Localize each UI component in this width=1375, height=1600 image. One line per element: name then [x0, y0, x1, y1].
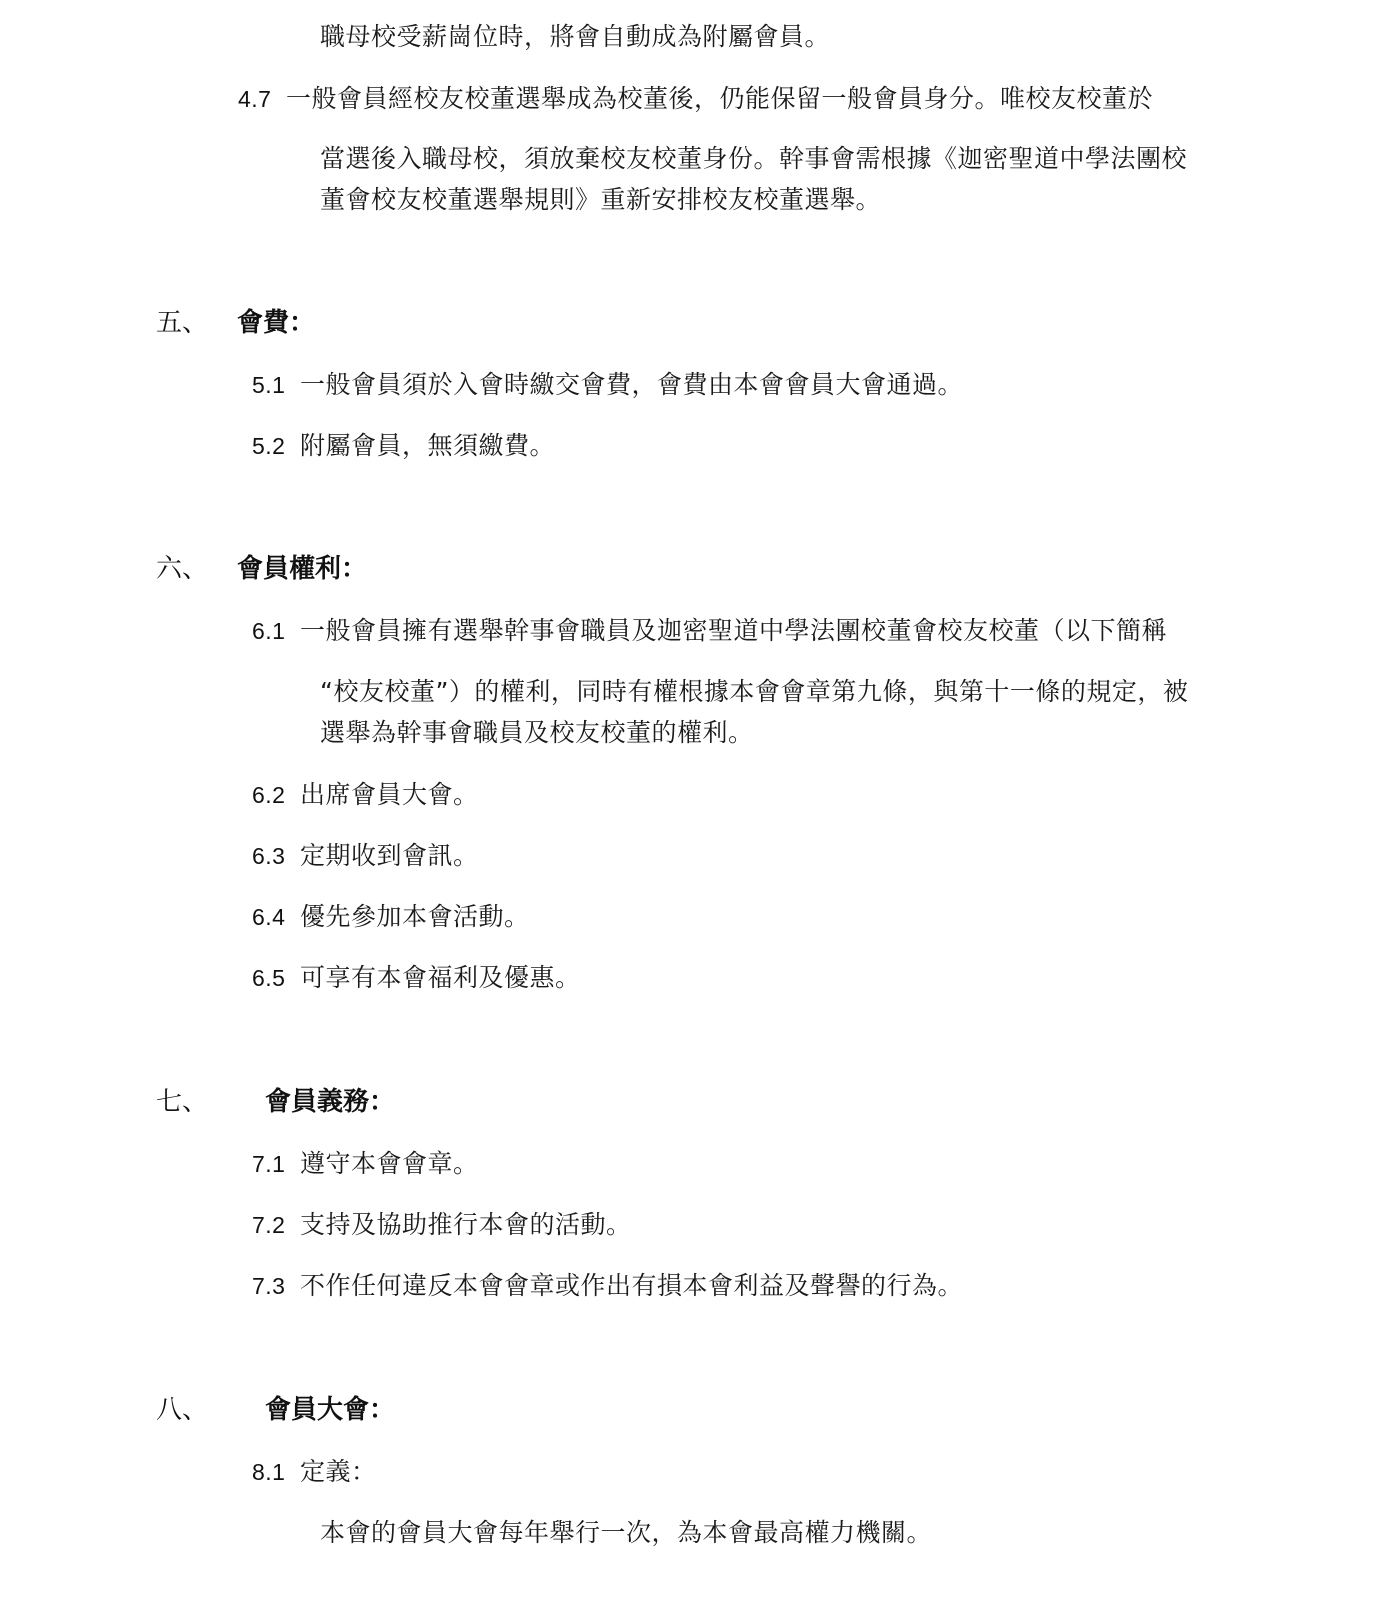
clause-text: 當選後入職母校，須放棄校友校董身份。幹事會需根據《迦密聖道中學法團校 — [320, 144, 1187, 173]
clause-6-1-line2: “校友校董”）的權利，同時有權根據本會會章第九條，與第十一條的規定，被 — [320, 675, 1188, 709]
clause-number: 5.1 — [252, 372, 285, 398]
clause-text: 一般會員經校友校董選舉成為校董後，仍能保留一般會員身分。唯校友校董於 — [286, 84, 1153, 113]
clause-8-1: 8.1 定義： — [252, 1455, 376, 1489]
clause-text: 定義： — [300, 1457, 377, 1486]
section-number: 八、 — [156, 1393, 208, 1427]
clause-text: 附屬會員，無須繳費。 — [300, 431, 555, 460]
clause-text: 支持及協助推行本會的活動。 — [300, 1210, 632, 1239]
clause-5-1: 5.1 一般會員須於入會時繳交會費，會費由本會會員大會通過。 — [252, 368, 963, 402]
clause-number: 6.4 — [252, 904, 285, 930]
clause-text: 一般會員擁有選舉幹事會職員及迦密聖道中學法團校董會校友校董（以下簡稱 — [300, 616, 1167, 645]
clause-number: 7.3 — [252, 1273, 285, 1299]
clause-text: 可享有本會福利及優惠。 — [300, 963, 581, 992]
clause-text: 一般會員須於入會時繳交會費，會費由本會會員大會通過。 — [300, 370, 963, 399]
clause-text: 選舉為幹事會職員及校友校董的權利。 — [320, 718, 754, 747]
section-title: 會費： — [237, 306, 315, 340]
paragraph-continuation: 職母校受薪崗位時，將會自動成為附屬會員。 — [320, 20, 830, 54]
clause-6-2: 6.2 出席會員大會。 — [252, 778, 478, 812]
clause-8-1-body: 本會的會員大會每年舉行一次，為本會最高權力機關。 — [320, 1516, 932, 1550]
clause-text: 遵守本會會章。 — [300, 1149, 479, 1178]
clause-text: 董會校友校董選舉規則》重新安排校友校董選舉。 — [320, 185, 881, 214]
clause-4-7-line2: 當選後入職母校，須放棄校友校董身份。幹事會需根據《迦密聖道中學法團校 — [320, 142, 1187, 176]
clause-6-3: 6.3 定期收到會訊。 — [252, 839, 478, 873]
section-number: 六、 — [156, 552, 208, 586]
clause-number: 6.1 — [252, 618, 285, 644]
clause-6-4: 6.4 優先參加本會活動。 — [252, 900, 529, 934]
clause-4-7-line1: 4.7 一般會員經校友校董選舉成為校董後，仍能保留一般會員身分。唯校友校董於 — [238, 82, 1153, 116]
clause-7-2: 7.2 支持及協助推行本會的活動。 — [252, 1208, 631, 1242]
clause-number: 8.1 — [252, 1459, 285, 1485]
clause-6-1-line1: 6.1 一般會員擁有選舉幹事會職員及迦密聖道中學法團校董會校友校董（以下簡稱 — [252, 614, 1167, 648]
section-title: 會員權利： — [237, 552, 367, 586]
clause-7-1: 7.1 遵守本會會章。 — [252, 1147, 478, 1181]
section-title: 會員義務： — [265, 1085, 395, 1119]
clause-4-7-line3: 董會校友校董選舉規則》重新安排校友校董選舉。 — [320, 183, 881, 217]
section-number: 五、 — [156, 306, 208, 340]
clause-number: 4.7 — [238, 86, 271, 112]
continuation-text: 職母校受薪崗位時，將會自動成為附屬會員。 — [320, 22, 830, 51]
clause-6-5: 6.5 可享有本會福利及優惠。 — [252, 961, 580, 995]
clause-5-2: 5.2 附屬會員，無須繳費。 — [252, 429, 555, 463]
clause-text: 出席會員大會。 — [300, 780, 479, 809]
clause-number: 6.5 — [252, 965, 285, 991]
clause-text: 不作任何違反本會會章或作出有損本會利益及聲譽的行為。 — [300, 1271, 963, 1300]
clause-text: 優先參加本會活動。 — [300, 902, 530, 931]
clause-number: 5.2 — [252, 433, 285, 459]
section-number: 七、 — [156, 1085, 208, 1119]
clause-number: 7.1 — [252, 1151, 285, 1177]
clause-6-1-line3: 選舉為幹事會職員及校友校董的權利。 — [320, 716, 754, 750]
clause-text: 定期收到會訊。 — [300, 841, 479, 870]
clause-number: 7.2 — [252, 1212, 285, 1238]
clause-text: 本會的會員大會每年舉行一次，為本會最高權力機關。 — [320, 1518, 932, 1547]
clause-number: 6.3 — [252, 843, 285, 869]
document-page: 職母校受薪崗位時，將會自動成為附屬會員。 4.7 一般會員經校友校董選舉成為校董… — [0, 0, 1375, 1600]
clause-number: 6.2 — [252, 782, 285, 808]
clause-7-3: 7.3 不作任何違反本會會章或作出有損本會利益及聲譽的行為。 — [252, 1269, 963, 1303]
section-title: 會員大會： — [265, 1393, 395, 1427]
clause-text: “校友校董”）的權利，同時有權根據本會會章第九條，與第十一條的規定，被 — [320, 677, 1188, 706]
